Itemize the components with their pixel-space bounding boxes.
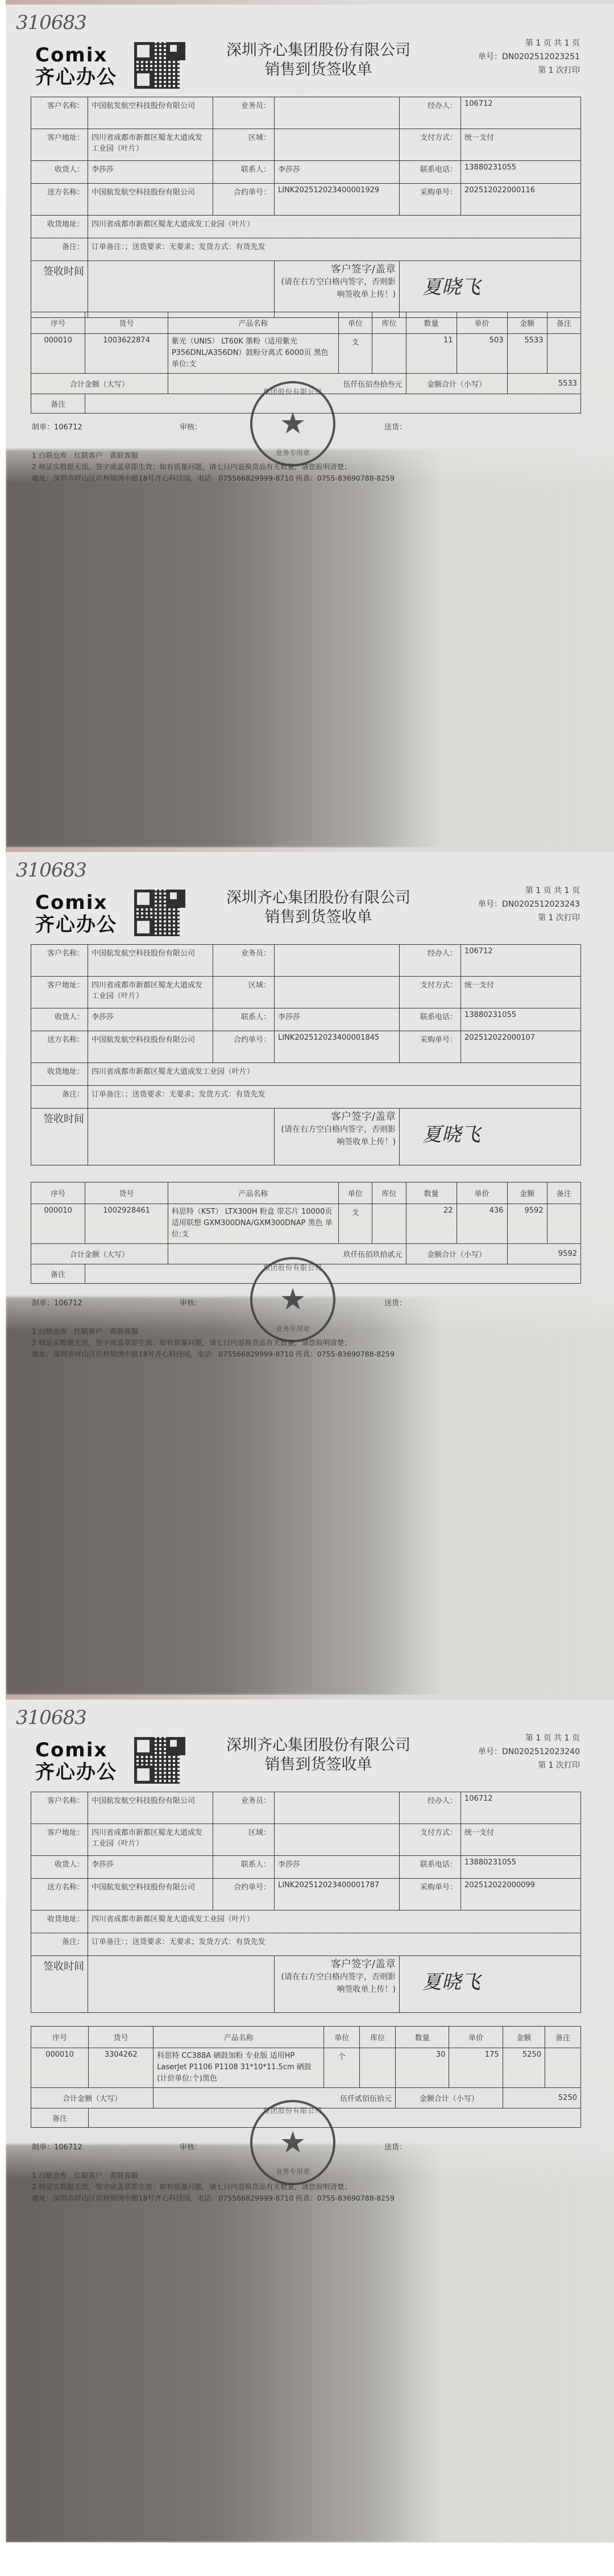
column-header: 库位 xyxy=(372,1182,406,1204)
paper-edge xyxy=(6,1695,614,1700)
maker: 制单：106712 xyxy=(32,2141,180,2152)
contact: 李莎莎 xyxy=(275,161,400,184)
item-price: 175 xyxy=(449,2048,503,2088)
item-amount: 9592 xyxy=(507,1204,547,1244)
customer-sign-label: 客户签字/盖章 (请在右方空白格内签字，否则影响签收单上传！) xyxy=(275,1956,400,2013)
star-icon: ★ xyxy=(280,409,306,439)
customer-info-table: 客户名称： 中国航发航空科技股份有限公司 业务员： 经办人： 106712 客户… xyxy=(31,944,581,1165)
column-header: 单位 xyxy=(338,1182,372,1204)
handler: 106712 xyxy=(461,1792,581,1824)
item-unit: 支 xyxy=(338,334,372,374)
deliverer: 送货： xyxy=(384,2141,406,2152)
sign-time-field xyxy=(88,1956,275,2013)
contact: 李莎莎 xyxy=(275,1008,400,1031)
contact-phone: 13880231055 xyxy=(461,1856,581,1879)
item-name: 科思特（KST） LTX300H 粉盒 带芯片 10000页 适用联想 GXM3… xyxy=(168,1204,338,1244)
paper-edge xyxy=(6,0,614,5)
deliverer: 送货： xyxy=(384,421,406,432)
contract-number: LINK202512023400001929 xyxy=(275,184,400,216)
column-header: 单位 xyxy=(338,312,372,334)
column-header: 货号 xyxy=(85,312,168,334)
column-header: 序号 xyxy=(31,1182,85,1204)
handler: 106712 xyxy=(461,945,581,977)
item-unit: 个 xyxy=(324,2048,360,2088)
customer-name: 中国航发航空科技股份有限公司 xyxy=(88,1792,213,1824)
column-header: 库位 xyxy=(372,312,406,334)
column-header: 单价 xyxy=(449,2027,503,2048)
customer-sign-label: 客户签字/盖章 (请在右方空白格内签字，否则影响签收单上传！) xyxy=(275,261,400,318)
contract-number: LINK202512023400001845 xyxy=(275,1031,400,1063)
column-header: 数量 xyxy=(406,1182,457,1204)
purchase-number: 202512022000116 xyxy=(461,184,581,216)
customer-info-table: 客户名称： 中国航发航空科技股份有限公司 业务员： 经办人： 106712 客户… xyxy=(31,97,581,318)
order-number: 单号：DN0202512023251 xyxy=(478,50,580,64)
item-note xyxy=(547,334,580,374)
item-seq: 000010 xyxy=(31,2048,89,2088)
column-header: 备注 xyxy=(547,1182,580,1204)
item-sku: 1003622874 xyxy=(85,334,168,374)
payment-method: 统一支付 xyxy=(461,1824,581,1856)
company-seal: 集团股份有限公司 ★ 业务专用章 xyxy=(250,2100,335,2185)
document-title: 深圳齐心集团股份有限公司 销售到货签收单 xyxy=(210,41,426,80)
payment-method: 统一支付 xyxy=(461,129,581,161)
order-remarks: 订单备注：；送货要求：无要求；发货方式：有货先发 xyxy=(88,238,581,261)
handwritten-number: 310683 xyxy=(16,11,86,34)
document-meta: 第 1 页 共 1 页 单号：DN0202512023240 第 1 次打印 xyxy=(478,1731,580,1772)
item-qty: 11 xyxy=(406,334,457,374)
item-note xyxy=(547,1204,580,1244)
receiver: 李莎莎 xyxy=(88,1856,213,1879)
deliverer: 送货： xyxy=(384,1297,406,1308)
maker: 制单：106712 xyxy=(32,1297,180,1308)
customer-name: 中国航发航空科技股份有限公司 xyxy=(88,945,213,977)
delivery-address: 四川省成都市新都区蜀龙大道成发工业园（叶片） xyxy=(88,1063,581,1086)
item-name: 紫光（UNIS） LT60K 墨粉（适用紫光P356DNL/A356DN）鼓粉分… xyxy=(168,334,338,374)
region xyxy=(275,977,400,1008)
document-title: 深圳齐心集团股份有限公司 销售到货签收单 xyxy=(210,1736,426,1775)
paper-edge xyxy=(6,847,614,852)
delivery-address: 四川省成都市新都区蜀龙大道成发工业园（叶片） xyxy=(88,216,581,238)
region xyxy=(275,129,400,161)
print-count: 第 1 次打印 xyxy=(478,911,580,925)
purchase-number: 202512022000107 xyxy=(461,1031,581,1063)
items-header: 序号货号产品名称单位库位数量单价金额备注 xyxy=(31,1182,581,1204)
item-qty: 22 xyxy=(406,1204,457,1244)
star-icon: ★ xyxy=(280,2128,306,2157)
star-icon: ★ xyxy=(280,1285,306,1314)
customer-name: 中国航发航空科技股份有限公司 xyxy=(88,97,213,129)
table-row: 0000101003622874紫光（UNIS） LT60K 墨粉（适用紫光P3… xyxy=(31,334,581,374)
comix-logo: Comix 齐心办公 xyxy=(35,1739,117,1784)
contract-number: LINK202512023400001787 xyxy=(275,1879,400,1911)
column-header: 产品名称 xyxy=(153,2027,324,2048)
item-name: 科思特 CC388A 硒鼓加粉 专业版 适用HP LaserJet P1106 … xyxy=(153,2048,324,2088)
qr-code-icon xyxy=(134,890,180,936)
delivery-receipt: 310683 Comix 齐心办公 深圳齐心集团股份有限公司 销售到货签收单 第… xyxy=(6,0,614,847)
contact-phone: 13880231055 xyxy=(461,1008,581,1031)
delivery-name: 中国航发航空科技股份有限公司 xyxy=(88,1031,213,1063)
document-meta: 第 1 页 共 1 页 单号：DN0202512023251 第 1 次打印 xyxy=(478,36,580,77)
salesperson xyxy=(275,945,400,977)
delivery-address: 四川省成都市新都区蜀龙大道成发工业园（叶片） xyxy=(88,1911,581,1933)
column-header: 序号 xyxy=(31,312,85,334)
column-header: 金额 xyxy=(507,1182,547,1204)
column-header: 数量 xyxy=(406,312,457,334)
blurred-lower-area xyxy=(6,449,614,847)
column-header: 单位 xyxy=(324,2027,360,2048)
column-header: 金额 xyxy=(507,312,547,334)
customer-signature: 夏晓飞 xyxy=(400,1956,581,2013)
company-name: 深圳齐心集团股份有限公司 xyxy=(210,888,426,908)
item-price: 503 xyxy=(457,334,507,374)
delivery-name: 中国航发航空科技股份有限公司 xyxy=(88,184,213,216)
item-note xyxy=(545,2048,581,2088)
contact-phone: 13880231055 xyxy=(461,161,581,184)
total-lower: 5533 xyxy=(507,374,581,394)
company-name: 深圳齐心集团股份有限公司 xyxy=(210,1736,426,1755)
contact: 李莎莎 xyxy=(275,1856,400,1879)
column-header: 产品名称 xyxy=(168,312,338,334)
sign-time-field xyxy=(88,1109,275,1165)
maker: 制单：106712 xyxy=(32,421,180,432)
customer-address: 四川省成都市新都区蜀龙大道成发工业园（叶片） xyxy=(88,977,213,1008)
column-header: 单价 xyxy=(457,1182,507,1204)
customer-address: 四川省成都市新都区蜀龙大道成发工业园（叶片） xyxy=(88,1824,213,1856)
item-sku: 3304262 xyxy=(88,2048,153,2088)
items-header: 序号货号产品名称单位库位数量单价金额备注 xyxy=(31,2027,581,2048)
table-row: 0000101002928461科思特（KST） LTX300H 粉盒 带芯片 … xyxy=(31,1204,581,1244)
total-lower: 5250 xyxy=(503,2088,580,2108)
column-header: 金额 xyxy=(503,2027,545,2048)
customer-info-table: 客户名称： 中国航发航空科技股份有限公司 业务员： 经办人： 106712 客户… xyxy=(31,1792,581,2013)
form-title: 销售到货签收单 xyxy=(210,908,426,927)
handwritten-number: 310683 xyxy=(16,1706,86,1729)
delivery-receipt: 310683 Comix 齐心办公 深圳齐心集团股份有限公司 销售到货签收单 第… xyxy=(6,1695,614,2542)
column-header: 备注 xyxy=(547,312,580,334)
qr-code-icon xyxy=(134,42,180,89)
column-header: 备注 xyxy=(545,2027,581,2048)
item-location xyxy=(372,334,406,374)
items-header: 序号货号产品名称单位库位数量单价金额备注 xyxy=(31,312,581,334)
item-sku: 1002928461 xyxy=(85,1204,168,1244)
company-name: 深圳齐心集团股份有限公司 xyxy=(210,41,426,60)
order-remarks: 订单备注：；送货要求：无要求；发货方式：有货先发 xyxy=(88,1086,581,1109)
order-number: 单号：DN0202512023240 xyxy=(478,1745,580,1759)
sign-time-field xyxy=(88,261,275,318)
company-address: 地址：深圳市坪山区坑梓锦绣中路18号齐心科技园，电话：075566829999-… xyxy=(32,2193,578,2204)
document-meta: 第 1 页 共 1 页 单号：DN0202512023243 第 1 次打印 xyxy=(478,884,580,925)
table-row: 0000103304262科思特 CC388A 硒鼓加粉 专业版 适用HP La… xyxy=(31,2048,581,2088)
page-info: 第 1 页 共 1 页 xyxy=(478,1731,580,1745)
item-amount: 5250 xyxy=(503,2048,545,2088)
company-address: 地址：深圳市坪山区坑梓锦绣中路18号齐心科技园，电话：075566829999-… xyxy=(32,1349,578,1360)
purchase-number: 202512022000099 xyxy=(461,1879,581,1911)
document-title: 深圳齐心集团股份有限公司 销售到货签收单 xyxy=(210,888,426,927)
total-lower: 9592 xyxy=(507,1244,581,1264)
print-count: 第 1 次打印 xyxy=(478,1759,580,1772)
comix-logo: Comix 齐心办公 xyxy=(35,892,117,936)
page-info: 第 1 页 共 1 页 xyxy=(478,36,580,50)
item-unit: 支 xyxy=(338,1204,372,1244)
handwritten-number: 310683 xyxy=(16,859,86,882)
column-header: 序号 xyxy=(31,2027,89,2048)
item-location xyxy=(372,1204,406,1244)
company-address: 地址：深圳市坪山区坑梓锦绣中路18号齐心科技园，电话：075566829999-… xyxy=(32,473,578,484)
item-seq: 000010 xyxy=(31,334,85,374)
delivery-name: 中国航发航空科技股份有限公司 xyxy=(88,1879,213,1911)
column-header: 产品名称 xyxy=(168,1182,338,1204)
column-header: 数量 xyxy=(396,2027,449,2048)
receiver: 李莎莎 xyxy=(88,1008,213,1031)
item-price: 436 xyxy=(457,1204,507,1244)
column-header: 库位 xyxy=(360,2027,396,2048)
sign-time-label: 签收时间 xyxy=(31,261,88,318)
column-header: 货号 xyxy=(85,1182,168,1204)
item-location xyxy=(360,2048,396,2088)
qr-code-icon xyxy=(134,1737,180,1784)
receiver: 李莎莎 xyxy=(88,161,213,184)
customer-signature: 夏晓飞 xyxy=(400,1109,581,1165)
handler: 106712 xyxy=(461,97,581,129)
salesperson xyxy=(275,1792,400,1824)
column-header: 货号 xyxy=(88,2027,153,2048)
company-seal: 集团股份有限公司 ★ 业务专用章 xyxy=(250,1257,335,1342)
print-count: 第 1 次打印 xyxy=(478,64,580,77)
customer-signature: 夏晓飞 xyxy=(400,261,581,318)
form-title: 销售到货签收单 xyxy=(210,60,426,80)
item-seq: 000010 xyxy=(31,1204,85,1244)
salesperson xyxy=(275,97,400,129)
footer-remarks xyxy=(88,2108,580,2128)
comix-logo: Comix 齐心办公 xyxy=(35,44,117,89)
delivery-receipt: 310683 Comix 齐心办公 深圳齐心集团股份有限公司 销售到货签收单 第… xyxy=(6,847,614,1695)
customer-sign-label: 客户签字/盖章 (请在右方空白格内签字，否则影响签收单上传！) xyxy=(275,1109,400,1165)
order-number: 单号：DN0202512023243 xyxy=(478,898,580,911)
sign-time-label: 签收时间 xyxy=(31,1109,88,1165)
form-title: 销售到货签收单 xyxy=(210,1755,426,1775)
region xyxy=(275,1824,400,1856)
order-remarks: 订单备注：；送货要求：无要求；发货方式：有货先发 xyxy=(88,1933,581,1956)
page-info: 第 1 页 共 1 页 xyxy=(478,884,580,898)
column-header: 单价 xyxy=(457,312,507,334)
item-amount: 5533 xyxy=(507,334,547,374)
sign-time-label: 签收时间 xyxy=(31,1956,88,2013)
item-qty: 30 xyxy=(396,2048,449,2088)
payment-method: 统一支付 xyxy=(461,977,581,1008)
company-seal: 集团股份有限公司 ★ 业务专用章 xyxy=(250,381,335,466)
customer-address: 四川省成都市新都区蜀龙大道成发工业园（叶片） xyxy=(88,129,213,161)
blurred-lower-area xyxy=(6,2144,614,2542)
